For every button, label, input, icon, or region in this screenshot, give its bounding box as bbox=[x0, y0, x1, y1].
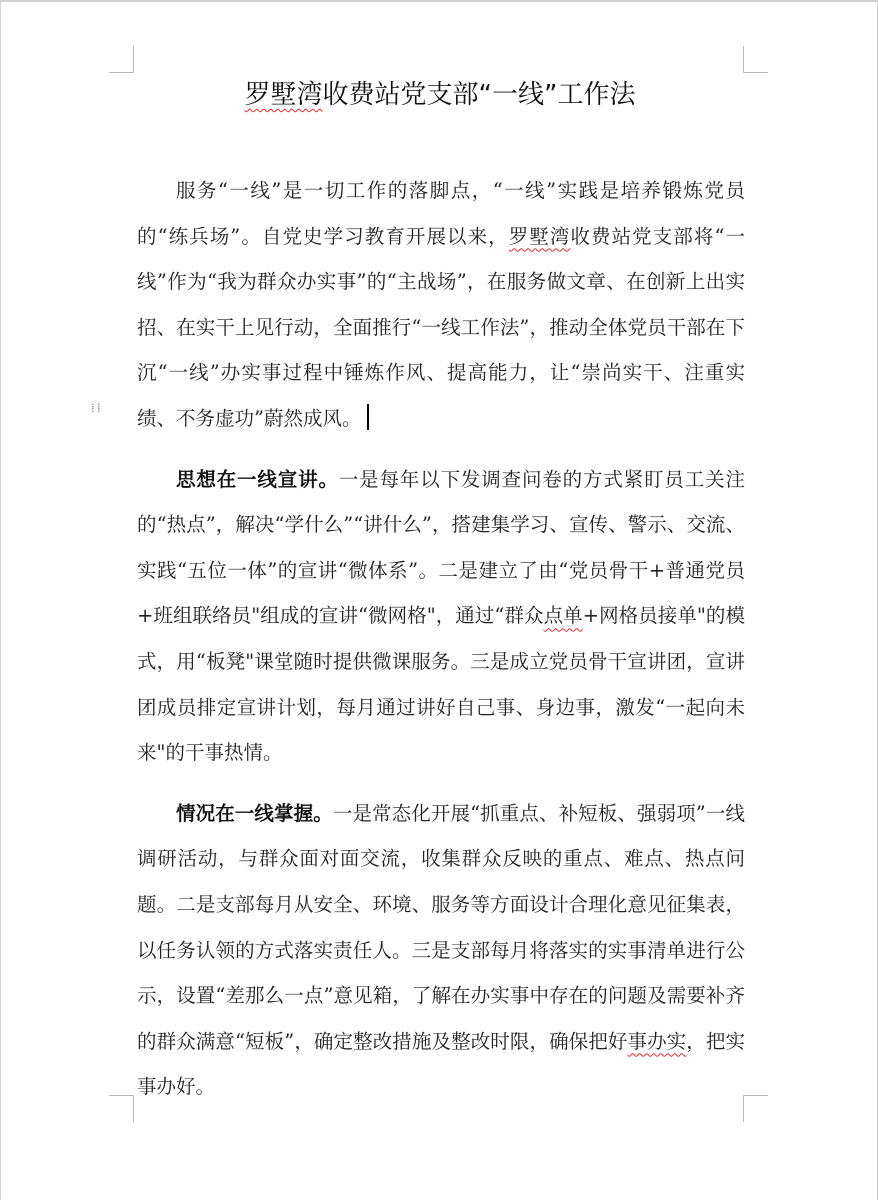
spellcheck-flag[interactable]: 罗墅湾 bbox=[245, 80, 323, 110]
paragraph-heading: 思想在一线宣讲。 bbox=[176, 468, 339, 491]
paragraph-thought-propaganda[interactable]: 思想在一线宣讲。一是每年以下发调查问卷的方式紧盯员工关注的“热点”，解决“学什么… bbox=[137, 457, 745, 776]
margin-mark-bottom-left bbox=[109, 1095, 134, 1122]
document-title[interactable]: 罗墅湾收费站党支部“一线”工作法 bbox=[1, 74, 878, 111]
margin-mark-top-left bbox=[109, 46, 134, 73]
paragraph-situation-grasp[interactable]: 情况在一线掌握。一是常态化开展“抓重点、补短板、强弱项”一线调研活动，与群众面对… bbox=[137, 791, 745, 1110]
margin-mark-top-right bbox=[743, 46, 768, 73]
spellcheck-flag[interactable]: 罗墅湾 bbox=[509, 225, 571, 248]
spellcheck-flag[interactable]: 事办实 bbox=[627, 1030, 686, 1053]
spellcheck-flag[interactable]: 点单 bbox=[544, 604, 583, 627]
margin-mark-bottom-right bbox=[743, 1095, 768, 1122]
paragraph-heading: 情况在一线掌握。 bbox=[176, 802, 333, 825]
document-page: 罗墅湾收费站党支部“一线”工作法 ⁞⁞ 服务“一线”是一切工作的落脚点，“一线”… bbox=[0, 0, 878, 1200]
text-cursor bbox=[367, 404, 369, 430]
paragraph-intro[interactable]: 服务“一线”是一切工作的落脚点，“一线”实践是培养锻炼党员的“练兵场”。自党史学… bbox=[137, 168, 745, 442]
paragraph-drag-handle-icon[interactable]: ⁞⁞ bbox=[91, 406, 101, 422]
document-body[interactable]: 服务“一线”是一切工作的落脚点，“一线”实践是培养锻炼党员的“练兵场”。自党史学… bbox=[137, 168, 745, 1110]
